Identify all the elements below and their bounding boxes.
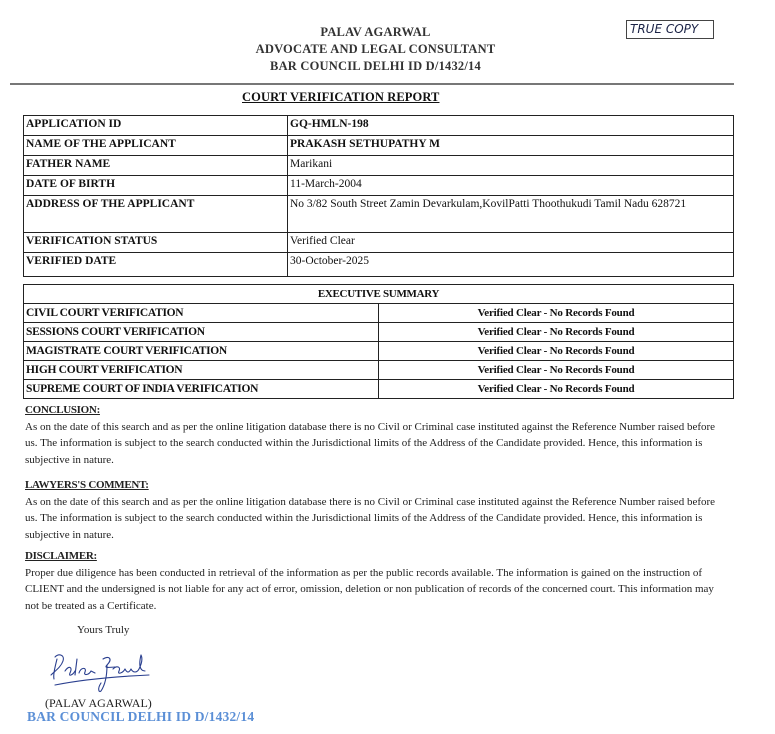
address-value: No 3/82 South Street Zamin Devarkulam,Ko… xyxy=(288,196,734,233)
court-label: CIVIL COURT VERIFICATION xyxy=(24,304,379,323)
closing-salutation: Yours Truly xyxy=(77,624,129,636)
advocate-bar-id: BAR COUNCIL DELHI ID D/1432/14 xyxy=(0,58,763,75)
table-row: DATE OF BIRTH 11-March-2004 xyxy=(24,176,734,196)
table-row: VERIFIED DATE 30-October-2025 xyxy=(24,253,734,277)
field-label: ADDRESS OF THE APPLICANT xyxy=(24,196,288,233)
applicant-name-value: PRAKASH SETHUPATHY M xyxy=(288,136,734,156)
table-row: VERIFICATION STATUS Verified Clear xyxy=(24,233,734,253)
lawyers-comment-section: LAWYERS'S COMMENT: As on the date of thi… xyxy=(25,477,730,543)
conclusion-section: CONCLUSION: As on the date of this searc… xyxy=(25,402,730,468)
court-result: Verified Clear - No Records Found xyxy=(379,342,734,361)
court-label: HIGH COURT VERIFICATION xyxy=(24,361,379,380)
lawyers-comment-body: As on the date of this search and as per… xyxy=(25,494,730,544)
court-result: Verified Clear - No Records Found xyxy=(379,361,734,380)
table-row: SUPREME COURT OF INDIA VERIFICATION Veri… xyxy=(24,380,734,399)
summary-header-row: EXECUTIVE SUMMARY xyxy=(24,285,734,304)
executive-summary-heading: EXECUTIVE SUMMARY xyxy=(24,285,734,304)
verification-status-value: Verified Clear xyxy=(288,233,734,253)
table-row: SESSIONS COURT VERIFICATION Verified Cle… xyxy=(24,323,734,342)
court-result: Verified Clear - No Records Found xyxy=(379,323,734,342)
court-label: MAGISTRATE COURT VERIFICATION xyxy=(24,342,379,361)
report-title: COURT VERIFICATION REPORT xyxy=(242,90,439,105)
table-row: ADDRESS OF THE APPLICANT No 3/82 South S… xyxy=(24,196,734,233)
conclusion-body: As on the date of this search and as per… xyxy=(25,419,730,469)
court-result: Verified Clear - No Records Found xyxy=(379,304,734,323)
table-row: APPLICATION ID GQ-HMLN-198 xyxy=(24,116,734,136)
lawyers-comment-heading: LAWYERS'S COMMENT: xyxy=(25,477,730,494)
court-label: SESSIONS COURT VERIFICATION xyxy=(24,323,379,342)
disclaimer-heading: DISCLAIMER: xyxy=(25,548,730,565)
court-label: SUPREME COURT OF INDIA VERIFICATION xyxy=(24,380,379,399)
application-id-value: GQ-HMLN-198 xyxy=(288,116,734,136)
signature-image xyxy=(45,645,155,695)
header-divider xyxy=(10,83,734,85)
table-row: NAME OF THE APPLICANT PRAKASH SETHUPATHY… xyxy=(24,136,734,156)
disclaimer-section: DISCLAIMER: Proper due diligence has bee… xyxy=(25,548,730,614)
field-label: VERIFICATION STATUS xyxy=(24,233,288,253)
table-row: CIVIL COURT VERIFICATION Verified Clear … xyxy=(24,304,734,323)
father-name-value: Marikani xyxy=(288,156,734,176)
table-row: MAGISTRATE COURT VERIFICATION Verified C… xyxy=(24,342,734,361)
verified-date-value: 30-October-2025 xyxy=(288,253,734,277)
true-copy-stamp: TRUE COPY xyxy=(626,20,714,39)
applicant-details-table: APPLICATION ID GQ-HMLN-198 NAME OF THE A… xyxy=(23,115,734,277)
field-label: FATHER NAME xyxy=(24,156,288,176)
dob-value: 11-March-2004 xyxy=(288,176,734,196)
signatory-bar-id: BAR COUNCIL DELHI ID D/1432/14 xyxy=(27,709,254,725)
table-row: FATHER NAME Marikani xyxy=(24,156,734,176)
advocate-title: ADVOCATE AND LEGAL CONSULTANT xyxy=(0,41,763,58)
executive-summary-table: EXECUTIVE SUMMARY CIVIL COURT VERIFICATI… xyxy=(23,284,734,399)
field-label: NAME OF THE APPLICANT xyxy=(24,136,288,156)
field-label: DATE OF BIRTH xyxy=(24,176,288,196)
disclaimer-body: Proper due diligence has been conducted … xyxy=(25,565,730,615)
court-result: Verified Clear - No Records Found xyxy=(379,380,734,399)
conclusion-heading: CONCLUSION: xyxy=(25,402,730,419)
field-label: VERIFIED DATE xyxy=(24,253,288,277)
field-label: APPLICATION ID xyxy=(24,116,288,136)
table-row: HIGH COURT VERIFICATION Verified Clear -… xyxy=(24,361,734,380)
